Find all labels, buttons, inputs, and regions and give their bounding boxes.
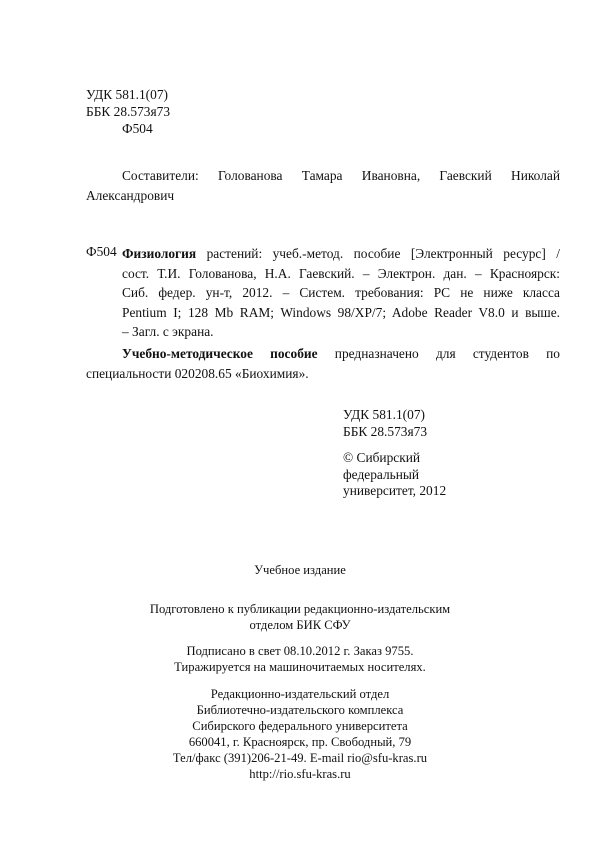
publisher-block: Редакционно-издательский отдел Библиотеч… [0,686,600,782]
right-bbk: ББК 28.573я73 [343,424,446,441]
compilers-paragraph: Составители: Голованова Тамара Ивановна,… [86,166,560,206]
signed-line-1: Подписано в свет 08.10.2012 г. Заказ 975… [0,643,600,659]
annotation-bold: Учебно-методическое пособие [122,346,318,361]
publisher-contacts: Тел/факс (391)206-21-49. E-mail rio@sfu-… [0,750,600,766]
signed-block: Подписано в свет 08.10.2012 г. Заказ 975… [0,643,600,675]
publisher-line-2: Библиотечно-издательского комплекса [0,702,600,718]
annotation-line-2: специальности 020208.65 «Биохимия». [86,366,309,381]
publisher-line-1: Редакционно-издательский отдел [0,686,600,702]
copyright-line-3: университет, 2012 [343,483,446,500]
copyright-line-2: федеральный [343,467,446,484]
record-code: Ф504 [86,244,122,342]
right-codes-block: УДК 581.1(07) ББК 28.573я73 © Сибирский … [343,407,446,500]
record-line-1: растений: учеб.-метод. пособие [Электрон… [207,246,560,261]
record-line-4: Pentium I; 128 Mb RAM; Windows 98/XP/7; … [122,303,560,323]
bibliographic-record: Ф504 Физиология растений: учеб.-метод. п… [86,244,560,342]
edition-type: Учебное издание [0,562,600,578]
author-mark: Ф504 [86,121,170,138]
prepared-block: Подготовлено к публикации редакционно-из… [0,601,600,633]
record-line-3: Сиб. федер. ун-т, 2012. – Систем. требов… [122,283,560,303]
record-line-5: – Загл. с экрана. [122,322,560,342]
signed-line-2: Тиражируется на машиночитаемых носителях… [0,659,600,675]
prepared-line-1: Подготовлено к публикации редакционно-из… [0,601,600,617]
record-title: Физиология [122,246,196,261]
classification-codes: УДК 581.1(07) ББК 28.573я73 Ф504 [86,87,170,138]
annotation-paragraph: Учебно-методическое пособие предназначен… [86,344,560,383]
record-line-2: сост. Т.И. Голованова, Н.А. Гаевский. – … [122,264,560,284]
right-udk: УДК 581.1(07) [343,407,446,424]
publisher-line-3: Сибирского федерального университета [0,718,600,734]
edition-type-text: Учебное издание [0,562,600,578]
prepared-line-2: отделом БИК СФУ [0,617,600,633]
record-body: Физиология растений: учеб.-метод. пособи… [122,244,560,342]
udk-code: УДК 581.1(07) [86,87,170,104]
copyright-line-1: © Сибирский [343,450,446,467]
publisher-address: 660041, г. Красноярск, пр. Свободный, 79 [0,734,600,750]
annotation-line-1: предназначено для студентов по [335,346,560,361]
bbk-code: ББК 28.573я73 [86,104,170,121]
publisher-website-link[interactable]: http://rio.sfu-kras.ru [0,766,600,782]
